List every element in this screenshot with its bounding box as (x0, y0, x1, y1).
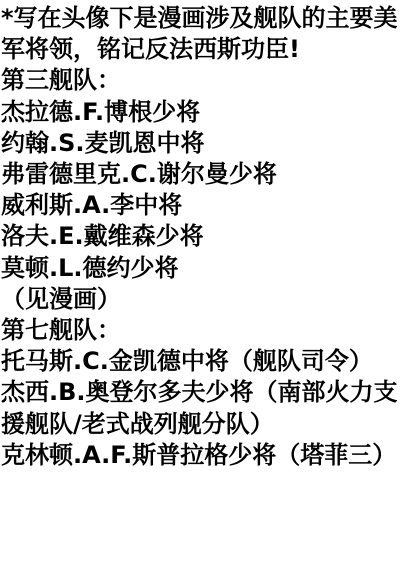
text-line: *写在头像下是漫画涉及舰队的主要美 (1, 3, 400, 34)
section-heading: 第七舰队： (1, 315, 400, 346)
commander-line: 托马斯.C.金凯德中将（舰队司令） (1, 346, 400, 377)
text-line: 军将领，铭记反法西斯功臣! (1, 34, 400, 65)
section-heading: 第三舰队： (1, 65, 400, 96)
note-line: （见漫画） (1, 284, 400, 315)
commander-line: 莫顿.L.德约少将 (1, 253, 400, 284)
commander-line: 杰拉德.F.博根少将 (1, 97, 400, 128)
commander-line: 援舰队/老式战列舰分队） (1, 409, 400, 440)
commander-line: 弗雷德里克.C.谢尔曼少将 (1, 159, 400, 190)
third-fleet-section: 第三舰队： 杰拉德.F.博根少将 约翰.S.麦凯恩中将 弗雷德里克.C.谢尔曼少… (1, 65, 400, 315)
commander-line: 克林顿.A.F.斯普拉格少将（塔菲三） (1, 440, 400, 471)
intro-paragraph: *写在头像下是漫画涉及舰队的主要美 军将领，铭记反法西斯功臣! (1, 3, 400, 65)
seventh-fleet-section: 第七舰队： 托马斯.C.金凯德中将（舰队司令） 杰西.B.奥登尔多夫少将（南部火… (1, 315, 400, 471)
commander-line: 杰西.B.奥登尔多夫少将（南部火力支 (1, 377, 400, 408)
commander-line: 洛夫.E.戴维森少将 (1, 221, 400, 252)
commander-line: 威利斯.A.李中将 (1, 190, 400, 221)
text-page: *写在头像下是漫画涉及舰队的主要美 军将领，铭记反法西斯功臣! 第三舰队： 杰拉… (0, 0, 400, 572)
commander-line: 约翰.S.麦凯恩中将 (1, 128, 400, 159)
